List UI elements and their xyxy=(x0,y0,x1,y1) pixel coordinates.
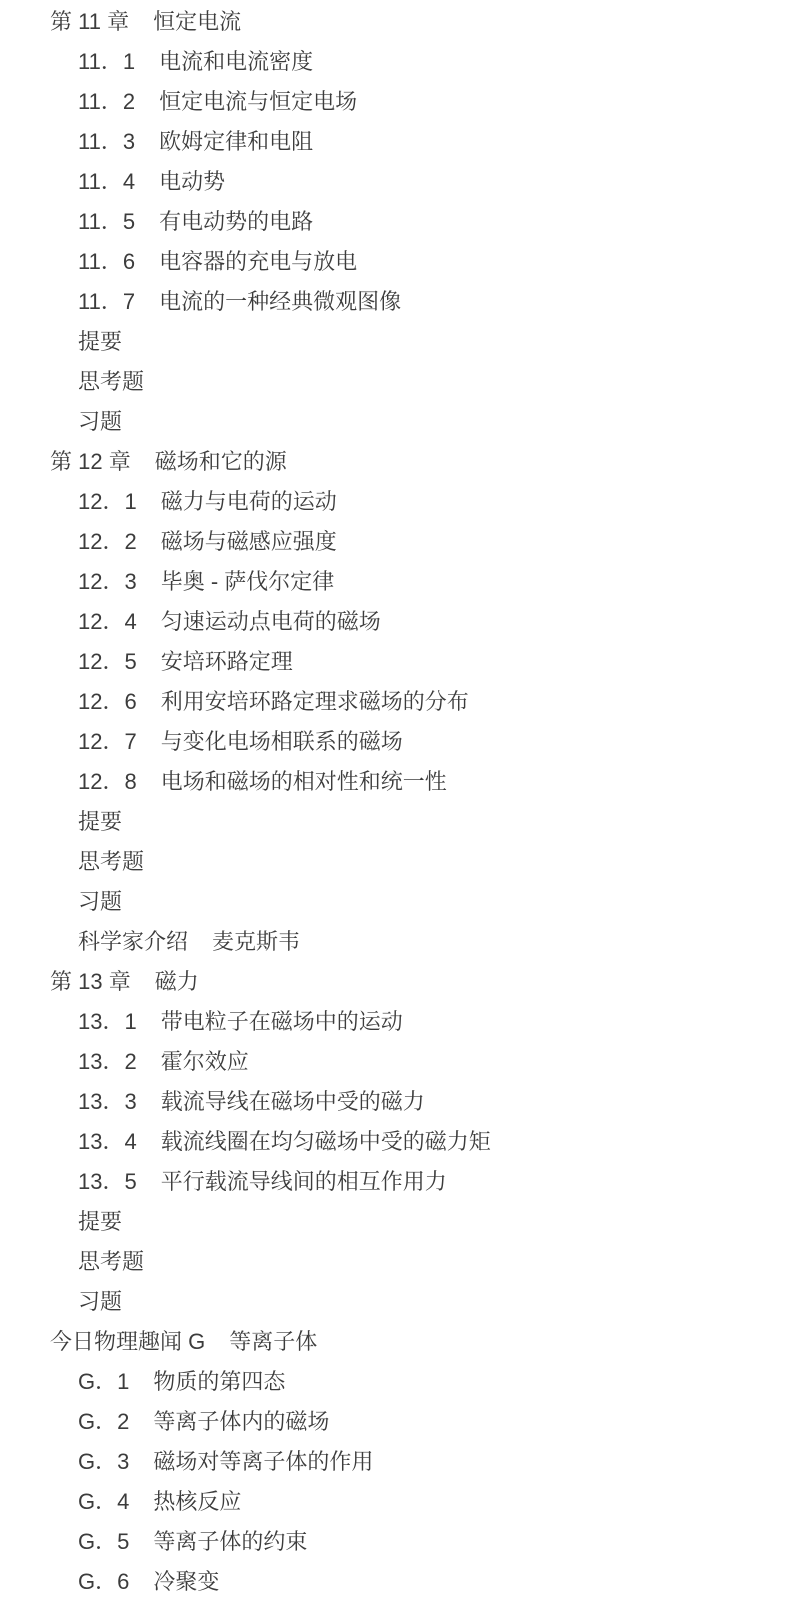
toc-entry-title: 电场和磁场的相对性和统一性 xyxy=(161,762,447,802)
toc-entry-title: 与变化电场相联系的磁场 xyxy=(161,722,403,762)
toc-entry-number: 科学家介绍 xyxy=(78,922,188,962)
toc-entry[interactable]: 11．1电流和电流密度 xyxy=(0,42,790,82)
toc-entry-number: 12．3 xyxy=(78,562,137,602)
toc-entry-number: 12．1 xyxy=(78,482,137,522)
toc-entry[interactable]: 11．6电容器的充电与放电 xyxy=(0,242,790,282)
toc-entry[interactable]: 今日物理趣闻 G等离子体 xyxy=(0,1322,790,1362)
toc-entry-title: 载流导线在磁场中受的磁力 xyxy=(161,1082,425,1122)
toc-entry-title: 欧姆定律和电阻 xyxy=(159,122,313,162)
toc-entry-number: 第 11 章 xyxy=(50,2,129,42)
toc-entry-title: 物质的第四态 xyxy=(153,1362,285,1402)
toc-entry-title: 习题 xyxy=(78,402,122,442)
toc-entry-title: 磁力与电荷的运动 xyxy=(161,482,337,522)
toc-entry[interactable]: 习题 xyxy=(0,1282,790,1322)
toc-entry-title: 磁场与磁感应强度 xyxy=(161,522,337,562)
toc-entry[interactable]: 12．7与变化电场相联系的磁场 xyxy=(0,722,790,762)
toc-entry[interactable]: 思考题 xyxy=(0,362,790,402)
toc-entry-title: 匀速运动点电荷的磁场 xyxy=(161,602,381,642)
toc-entry-title: 提要 xyxy=(78,1202,122,1242)
toc-entry-title: 有电动势的电路 xyxy=(159,202,313,242)
toc-entry[interactable]: 13．2霍尔效应 xyxy=(0,1042,790,1082)
toc-entry[interactable]: 提要 xyxy=(0,1202,790,1242)
toc-entry-number: 11．1 xyxy=(78,42,135,82)
toc-entry-number: 12．4 xyxy=(78,602,137,642)
toc-entry-number: 11．2 xyxy=(78,82,135,122)
toc-entry-title: 思考题 xyxy=(78,362,144,402)
toc-list: 第 11 章恒定电流11．1电流和电流密度11．2恒定电流与恒定电场11．3欧姆… xyxy=(0,2,790,1601)
toc-entry-number: 13．4 xyxy=(78,1122,137,1162)
toc-entry[interactable]: G．5等离子体的约束 xyxy=(0,1522,790,1562)
toc-entry-number: 11．5 xyxy=(78,202,135,242)
toc-entry-title: 提要 xyxy=(78,802,122,842)
toc-entry-title: 带电粒子在磁场中的运动 xyxy=(161,1002,403,1042)
toc-entry[interactable]: 12．1磁力与电荷的运动 xyxy=(0,482,790,522)
toc-entry[interactable]: 习题 xyxy=(0,882,790,922)
toc-entry-number: G．4 xyxy=(78,1482,129,1522)
toc-entry-title: 安培环路定理 xyxy=(161,642,293,682)
toc-entry-title: 磁力 xyxy=(155,962,199,1002)
toc-entry[interactable]: 12．2磁场与磁感应强度 xyxy=(0,522,790,562)
toc-entry-title: 思考题 xyxy=(78,842,144,882)
toc-entry[interactable]: 12．5安培环路定理 xyxy=(0,642,790,682)
toc-entry[interactable]: 第 13 章磁力 xyxy=(0,962,790,1002)
toc-entry[interactable]: 12．6利用安培环路定理求磁场的分布 xyxy=(0,682,790,722)
toc-entry[interactable]: G．6冷聚变 xyxy=(0,1562,790,1601)
toc-entry-number: 13．1 xyxy=(78,1002,137,1042)
toc-entry[interactable]: 13．5平行载流导线间的相互作用力 xyxy=(0,1162,790,1202)
toc-entry-title: 电容器的充电与放电 xyxy=(159,242,357,282)
toc-entry-number: 13．5 xyxy=(78,1162,137,1202)
toc-entry-title: 电动势 xyxy=(159,162,225,202)
toc-entry[interactable]: G．3磁场对等离子体的作用 xyxy=(0,1442,790,1482)
toc-entry-number: 12．5 xyxy=(78,642,137,682)
toc-entry-number: 13．3 xyxy=(78,1082,137,1122)
toc-entry[interactable]: 提要 xyxy=(0,322,790,362)
toc-entry-title: 磁场和它的源 xyxy=(155,442,287,482)
toc-entry-title: 热核反应 xyxy=(153,1482,241,1522)
toc-entry-title: 提要 xyxy=(78,322,122,362)
toc-entry-number: G．2 xyxy=(78,1402,129,1442)
toc-entry[interactable]: 习题 xyxy=(0,402,790,442)
toc-entry-number: G．3 xyxy=(78,1442,129,1482)
toc-entry[interactable]: 12．4匀速运动点电荷的磁场 xyxy=(0,602,790,642)
toc-entry[interactable]: 第 11 章恒定电流 xyxy=(0,2,790,42)
toc-entry[interactable]: 第 12 章磁场和它的源 xyxy=(0,442,790,482)
toc-entry-number: 11．6 xyxy=(78,242,135,282)
toc-entry-number: 第 12 章 xyxy=(50,442,131,482)
toc-entry-title: 电流的一种经典微观图像 xyxy=(159,282,401,322)
toc-entry-number: 11．4 xyxy=(78,162,135,202)
toc-entry[interactable]: 思考题 xyxy=(0,1242,790,1282)
toc-entry-number: 第 13 章 xyxy=(50,962,131,1002)
toc-entry[interactable]: 科学家介绍麦克斯韦 xyxy=(0,922,790,962)
toc-entry-title: 思考题 xyxy=(78,1242,144,1282)
toc-entry-title: 麦克斯韦 xyxy=(212,922,300,962)
toc-entry-title: 平行载流导线间的相互作用力 xyxy=(161,1162,447,1202)
toc-entry[interactable]: G．2等离子体内的磁场 xyxy=(0,1402,790,1442)
toc-entry[interactable]: 思考题 xyxy=(0,842,790,882)
toc-entry[interactable]: 提要 xyxy=(0,802,790,842)
toc-entry-title: 恒定电流 xyxy=(153,2,241,42)
toc-entry-number: 11．3 xyxy=(78,122,135,162)
toc-entry-title: 冷聚变 xyxy=(153,1562,219,1601)
toc-entry[interactable]: 12．3毕奥 - 萨伐尔定律 xyxy=(0,562,790,602)
toc-entry[interactable]: 13．3载流导线在磁场中受的磁力 xyxy=(0,1082,790,1122)
toc-entry-number: 12．6 xyxy=(78,682,137,722)
toc-entry[interactable]: G．1物质的第四态 xyxy=(0,1362,790,1402)
toc-entry-number: 12．8 xyxy=(78,762,137,802)
toc-entry-number: 今日物理趣闻 G xyxy=(50,1322,205,1362)
toc-entry[interactable]: 11．3欧姆定律和电阻 xyxy=(0,122,790,162)
toc-entry-number: 12．2 xyxy=(78,522,137,562)
toc-entry-number: 13．2 xyxy=(78,1042,137,1082)
toc-entry-title: 习题 xyxy=(78,1282,122,1322)
toc-entry-title: 等离子体 xyxy=(229,1322,317,1362)
toc-entry[interactable]: 11．7电流的一种经典微观图像 xyxy=(0,282,790,322)
toc-entry[interactable]: 13．4载流线圈在均匀磁场中受的磁力矩 xyxy=(0,1122,790,1162)
toc-entry-title: 习题 xyxy=(78,882,122,922)
toc-entry[interactable]: 13．1带电粒子在磁场中的运动 xyxy=(0,1002,790,1042)
toc-entry-number: G．5 xyxy=(78,1522,129,1562)
toc-entry-number: G．6 xyxy=(78,1562,129,1601)
toc-entry-title: 利用安培环路定理求磁场的分布 xyxy=(161,682,469,722)
toc-entry-title: 恒定电流与恒定电场 xyxy=(159,82,357,122)
toc-entry-title: 霍尔效应 xyxy=(161,1042,249,1082)
toc-entry-number: 12．7 xyxy=(78,722,137,762)
toc-entry-number: G．1 xyxy=(78,1362,129,1402)
toc-entry-title: 毕奥 - 萨伐尔定律 xyxy=(161,562,335,602)
toc-entry[interactable]: 11．2恒定电流与恒定电场 xyxy=(0,82,790,122)
toc-entry-title: 等离子体的约束 xyxy=(153,1522,307,1562)
toc-entry[interactable]: 12．8电场和磁场的相对性和统一性 xyxy=(0,762,790,802)
toc-entry-title: 磁场对等离子体的作用 xyxy=(153,1442,373,1482)
toc-entry-number: 11．7 xyxy=(78,282,135,322)
toc-entry[interactable]: 11．4电动势 xyxy=(0,162,790,202)
toc-page: 第 11 章恒定电流11．1电流和电流密度11．2恒定电流与恒定电场11．3欧姆… xyxy=(0,0,790,1601)
toc-entry[interactable]: G．4热核反应 xyxy=(0,1482,790,1522)
toc-entry-title: 电流和电流密度 xyxy=(159,42,313,82)
toc-entry-title: 载流线圈在均匀磁场中受的磁力矩 xyxy=(161,1122,491,1162)
toc-entry-title: 等离子体内的磁场 xyxy=(153,1402,329,1442)
toc-entry[interactable]: 11．5有电动势的电路 xyxy=(0,202,790,242)
